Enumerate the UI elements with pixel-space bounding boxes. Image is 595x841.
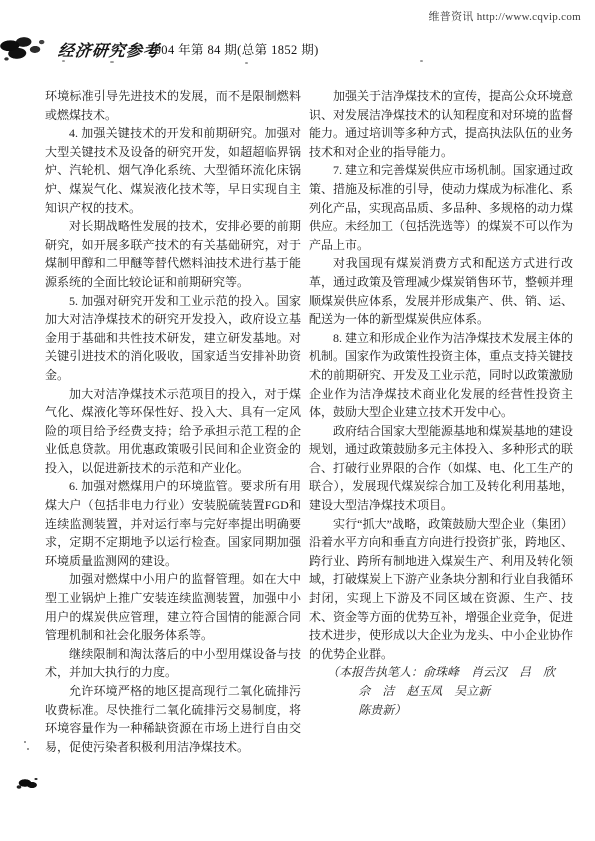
paragraph: 6. 加强对燃煤用户的环境监管。要求所有用煤大户（包括非电力行业）安装脱硫装置F… bbox=[45, 477, 301, 570]
right-column: 加强关于洁净煤技术的宣传，提高公众环境意识、对发展洁净煤技术的认知程度和对环境的… bbox=[309, 87, 573, 756]
scan-noise bbox=[420, 60, 423, 62]
paragraph: 实行“抓大”战略，政策鼓励大型企业（集团）沿着水平方向和垂直方向进行投资扩张，跨… bbox=[309, 515, 573, 664]
journal-title: 经济研究参考 bbox=[57, 38, 161, 61]
document-page: 维普资讯 http://www.cqvip.com 经济研究参考 2004 年第… bbox=[0, 0, 595, 841]
issue-info: 2004 年第 84 期(总第 1852 期) bbox=[148, 40, 319, 58]
authors-block: （本报告执笔人：俞珠峰 肖云汉 吕 欣 佘 洁 赵玉凤 吴立新 陈贵新） bbox=[309, 663, 573, 719]
paragraph: 4. 加强关键技术的开发和前期研究。加强对大型关键技术及设备的研究开发，如超超临… bbox=[45, 124, 301, 217]
scan-noise bbox=[110, 61, 114, 63]
paragraph: 加强对燃煤中小用户的监督管理。如在大中型工业锅炉上推广安装连续监测装置，加强中小… bbox=[45, 570, 301, 644]
authors-line: （本报告执笔人：俞珠峰 肖云汉 吕 欣 bbox=[309, 663, 573, 682]
paragraph: 政府结合国家大型能源基地和煤炭基地的建设规划，通过政策鼓励多元主体投入、多种形式… bbox=[309, 422, 573, 515]
body-columns: 环境标准引导先进技术的发展，而不是限制燃料或燃煤技术。 4. 加强关键技术的开发… bbox=[45, 87, 573, 756]
scan-noise bbox=[62, 60, 65, 62]
cqvip-watermark: 维普资讯 http://www.cqvip.com bbox=[428, 8, 581, 24]
scan-noise bbox=[24, 741, 26, 743]
paragraph: 继续限制和淘汰落后的中小型用煤设备与技术，并加大执行的力度。 bbox=[45, 645, 301, 682]
paragraph: 允许环境严格的地区提高现行二氧化硫排污收费标准。尽快推行二氧化硫排污交易制度，将… bbox=[45, 682, 301, 756]
paragraph: 环境标准引导先进技术的发展，而不是限制燃料或燃煤技术。 bbox=[45, 87, 301, 124]
authors-line: 佘 洁 赵玉凤 吴立新 bbox=[309, 682, 573, 701]
page-header: 经济研究参考 2004 年第 84 期(总第 1852 期) bbox=[0, 36, 595, 62]
paragraph: 加强关于洁净煤技术的宣传，提高公众环境意识、对发展洁净煤技术的认知程度和对环境的… bbox=[309, 87, 573, 161]
left-column: 环境标准引导先进技术的发展，而不是限制燃料或燃煤技术。 4. 加强关键技术的开发… bbox=[45, 87, 301, 756]
ink-smudge bbox=[0, 33, 49, 65]
paragraph: 7. 建立和完善煤炭供应市场机制。国家通过政策、措施及标准的引导，使动力煤成为标… bbox=[309, 161, 573, 254]
scan-noise bbox=[245, 62, 248, 64]
paragraph: 对长期战略性发展的技术，安排必要的前期研究，如开展多联产技术的有关基础研究，对于… bbox=[45, 217, 301, 291]
paragraph: 8. 建立和形成企业作为洁净煤技术发展主体的机制。国家作为政策性投资主体，重点支… bbox=[309, 329, 573, 422]
paragraph: 5. 加强对研究开发和工业示范的投入。国家加大对洁净煤技术的研究开发投入，政府设… bbox=[45, 292, 301, 385]
authors-line: 陈贵新） bbox=[309, 701, 573, 720]
scan-noise bbox=[27, 748, 29, 750]
ink-blob bbox=[14, 774, 40, 792]
paragraph: 加大对洁净煤技术示范项目的投入，对于煤气化、煤液化等环保性好、投入大、具有一定风… bbox=[45, 385, 301, 478]
paragraph: 对我国现有煤炭消费方式和配送方式进行改革，通过政策及管理减少煤炭销售环节，整顿并… bbox=[309, 254, 573, 328]
